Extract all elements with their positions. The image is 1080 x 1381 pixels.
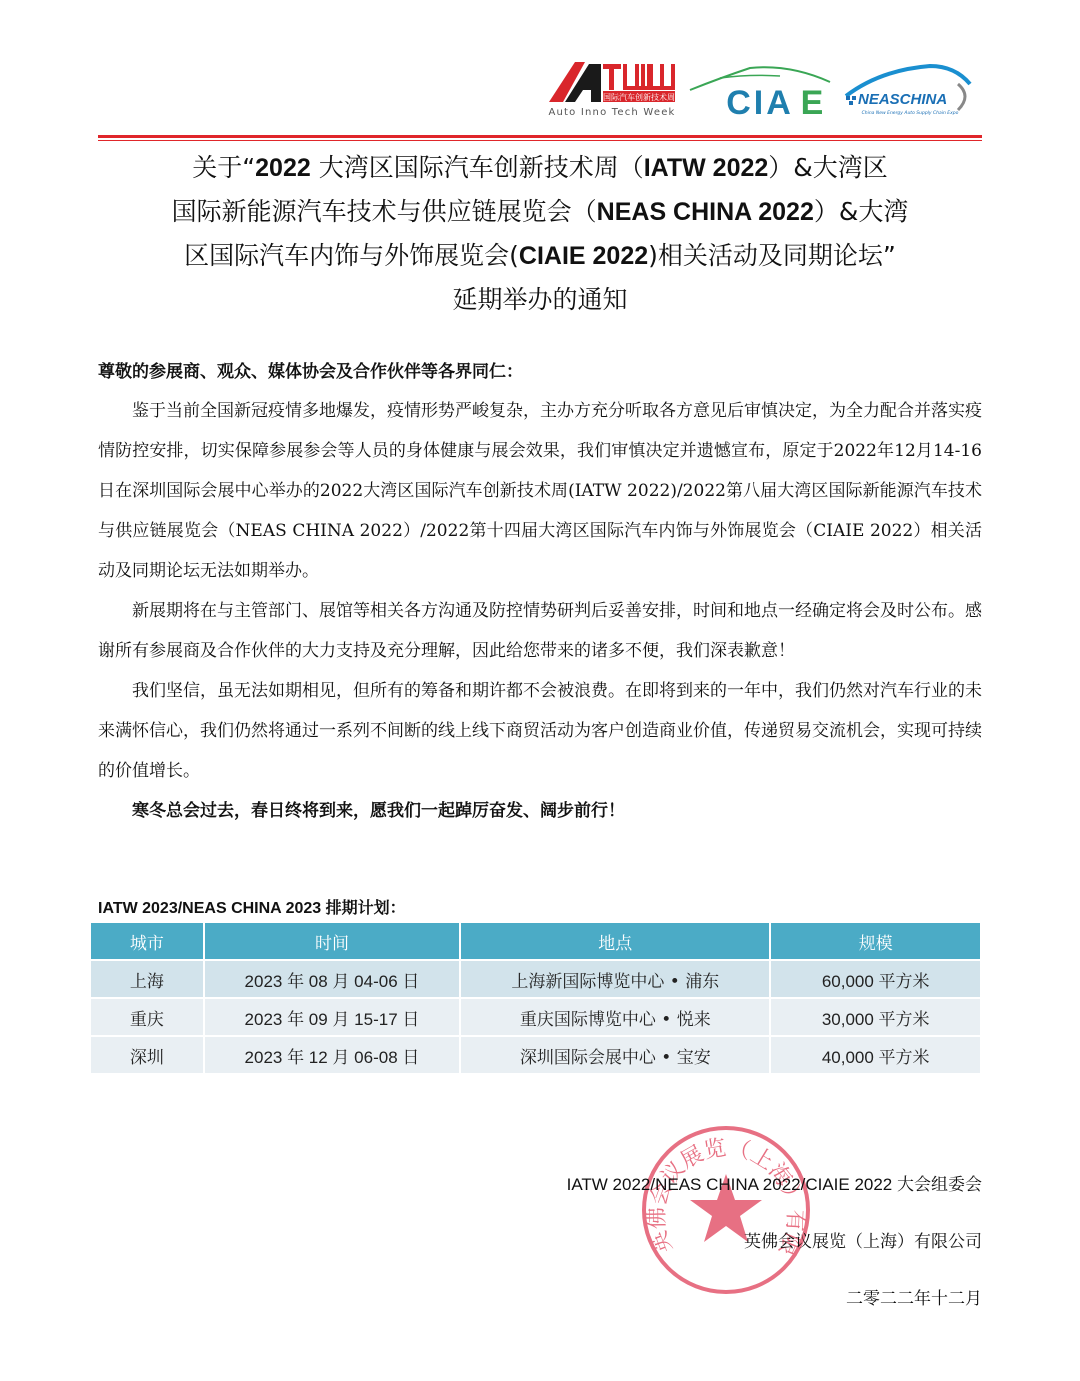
cell-venue: 深圳国际会展中心 • 宝安 bbox=[460, 1036, 770, 1074]
company-signature: 英佛会议展览（上海）有限公司 bbox=[744, 1227, 982, 1252]
cell-city: 重庆 bbox=[90, 998, 204, 1036]
svg-text:China New Energy Auto Supply C: China New Energy Auto Supply Chain Expo bbox=[862, 110, 959, 116]
column-header-date: 时间 bbox=[204, 922, 460, 960]
schedule-title: IATW 2023/NEAS CHINA 2023 排期计划： bbox=[98, 895, 406, 918]
closing-line: 寒冬总会过去，春日终将到来，愿我们一起踔厉奋发、阔步前行！ bbox=[98, 791, 982, 831]
company-seal-icon: 英佛会议展览（上海）有限公司 bbox=[640, 1124, 812, 1296]
notice-title: 关于“2022 大湾区国际汽车创新技术周（IATW 2022）&大湾区 国际新能… bbox=[98, 146, 982, 322]
atw-logo-icon: 国际汽车创新技术周 Auto Inno Tech Week bbox=[545, 56, 680, 120]
cell-size: 40,000 平方米 bbox=[770, 1036, 981, 1074]
svg-text:CIAIE: CIAIE bbox=[716, 84, 805, 120]
title-line-1: 关于“2022 大湾区国际汽车创新技术周（IATW 2022）&大湾区 bbox=[98, 146, 982, 190]
paragraph-3: 我们坚信，虽无法如期相见，但所有的筹备和期许都不会被浪费。在即将到来的一年中，我… bbox=[98, 671, 982, 791]
table-row: 重庆 2023 年 09 月 15-17 日 重庆国际博览中心 • 悦来 30,… bbox=[90, 998, 981, 1036]
header-rule-thin bbox=[98, 140, 982, 141]
header-logos: 国际汽车创新技术周 Auto Inno Tech Week CIA CIAIE … bbox=[545, 56, 985, 122]
cell-venue: 上海新国际博览中心 • 浦东 bbox=[460, 960, 770, 998]
title-line-2: 国际新能源汽车技术与供应链展览会（NEAS CHINA 2022）&大湾 bbox=[98, 190, 982, 234]
table-row: 上海 2023 年 08 月 04-06 日 上海新国际博览中心 • 浦东 60… bbox=[90, 960, 981, 998]
svg-text:E: E bbox=[801, 84, 824, 120]
svg-text:Auto Inno Tech Week: Auto Inno Tech Week bbox=[548, 107, 675, 118]
cell-date: 2023 年 08 月 04-06 日 bbox=[204, 960, 460, 998]
title-line-3: 区国际汽车内饰与外饰展览会(CIAIE 2022)相关活动及同期论坛” bbox=[98, 234, 982, 278]
svg-text:国际汽车创新技术周: 国际汽车创新技术周 bbox=[603, 92, 675, 102]
schedule-header-row: 城市 时间 地点 规模 bbox=[90, 922, 981, 960]
svg-text:NEASCHINA: NEASCHINA bbox=[858, 91, 947, 108]
signature-date: 二零二二年十二月 bbox=[846, 1284, 982, 1309]
column-header-city: 城市 bbox=[90, 922, 204, 960]
cell-date: 2023 年 09 月 15-17 日 bbox=[204, 998, 460, 1036]
cell-city: 深圳 bbox=[90, 1036, 204, 1074]
ciaie-logo-icon: CIA CIAIE E bbox=[680, 60, 840, 120]
cell-size: 60,000 平方米 bbox=[770, 960, 981, 998]
neas-china-logo-icon: NEASCHINA China New Energy Auto Supply C… bbox=[840, 60, 975, 120]
cell-city: 上海 bbox=[90, 960, 204, 998]
cell-size: 30,000 平方米 bbox=[770, 998, 981, 1036]
header-rule-thick bbox=[98, 135, 982, 138]
cell-date: 2023 年 12 月 06-08 日 bbox=[204, 1036, 460, 1074]
column-header-venue: 地点 bbox=[460, 922, 770, 960]
title-line-4: 延期举办的通知 bbox=[98, 278, 982, 322]
table-row: 深圳 2023 年 12 月 06-08 日 深圳国际会展中心 • 宝安 40,… bbox=[90, 1036, 981, 1074]
schedule-table: 城市 时间 地点 规模 上海 2023 年 08 月 04-06 日 上海新国际… bbox=[89, 921, 982, 1075]
greeting: 尊敬的参展商、观众、媒体协会及合作伙伴等各界同仁： bbox=[98, 357, 523, 382]
organizer-signature: IATW 2022/NEAS CHINA 2022/CIAIE 2022 大会组… bbox=[567, 1170, 982, 1195]
cell-venue: 重庆国际博览中心 • 悦来 bbox=[460, 998, 770, 1036]
column-header-size: 规模 bbox=[770, 922, 981, 960]
notice-body: 鉴于当前全国新冠疫情多地爆发，疫情形势严峻复杂，主办方充分听取各方意见后审慎决定… bbox=[98, 391, 982, 831]
paragraph-2: 新展期将在与主管部门、展馆等相关各方沟通及防控情势研判后妥善安排，时间和地点一经… bbox=[98, 591, 982, 671]
paragraph-1: 鉴于当前全国新冠疫情多地爆发，疫情形势严峻复杂，主办方充分听取各方意见后审慎决定… bbox=[98, 391, 982, 591]
